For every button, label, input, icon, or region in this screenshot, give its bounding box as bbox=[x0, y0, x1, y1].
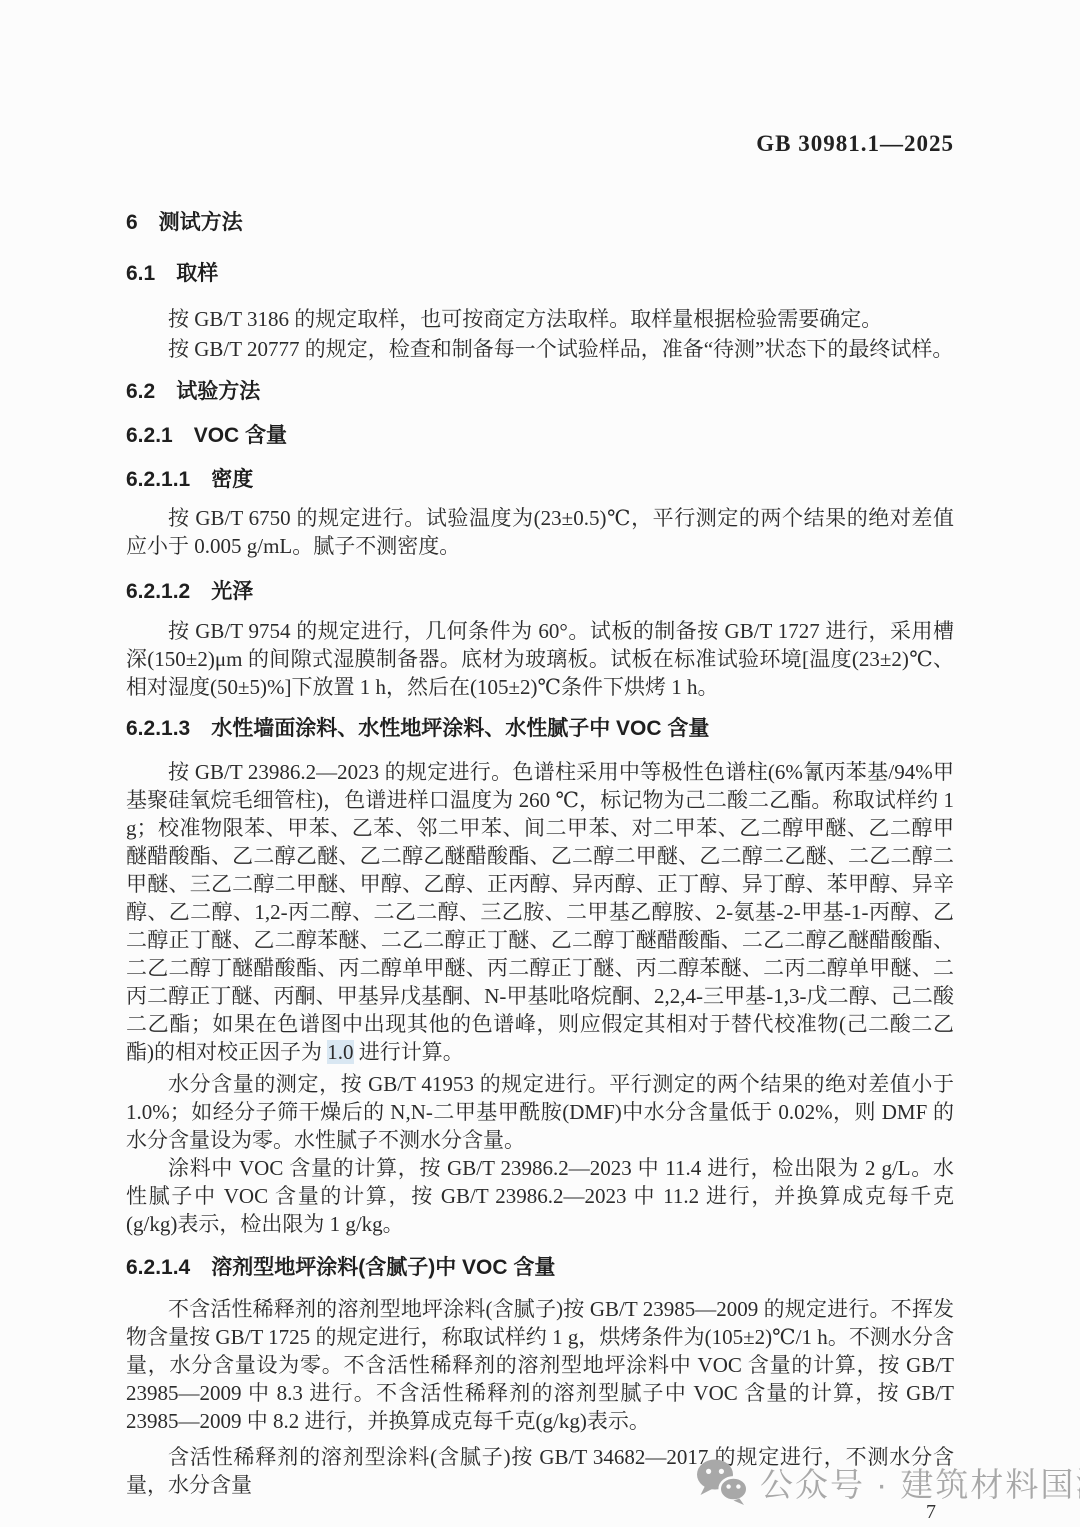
standard-code: GB 30981.1—2025 bbox=[126, 0, 954, 157]
heading-6-2-test-method: 6.2 试验方法 bbox=[126, 378, 954, 406]
para-voc-calculation: 涂料中 VOC 含量的计算，按 GB/T 23986.2—2023 中 11.4… bbox=[126, 1154, 954, 1238]
heading-6-test-methods: 6 测试方法 bbox=[126, 209, 954, 237]
para-density: 按 GB/T 6750 的规定进行。试验温度为(23±0.5)℃，平行测定的两个… bbox=[126, 504, 954, 560]
para-waterborne-voc-tail: 进行计算。 bbox=[354, 1040, 464, 1064]
document-page: GB 30981.1—2025 6 测试方法 6.1 取样 按 GB/T 318… bbox=[0, 0, 1080, 1527]
heading-6-2-1-3-waterborne-voc: 6.2.1.3 水性墙面涂料、水性地坪涂料、水性腻子中 VOC 含量 bbox=[126, 715, 954, 743]
para-sampling-1: 按 GB/T 3186 的规定取样，也可按商定方法取样。取样量根据检验需要确定。 bbox=[126, 304, 954, 334]
highlighted-correction-factor: 1.0 bbox=[327, 1040, 353, 1064]
heading-6-2-1-2-gloss: 6.2.1.2 光泽 bbox=[126, 578, 954, 606]
para-gloss: 按 GB/T 9754 的规定进行，几何条件为 60°。试板的制备按 GB/T … bbox=[126, 617, 954, 701]
para-solvent-voc-method: 不含活性稀释剂的溶剂型地坪涂料(含腻子)按 GB/T 23985—2009 的规… bbox=[126, 1295, 954, 1435]
para-waterborne-voc-method: 按 GB/T 23986.2—2023 的规定进行。色谱柱采用中等极性色谱柱(6… bbox=[126, 758, 954, 1066]
para-sampling-2: 按 GB/T 20777 的规定，检查和制备每一个试验样品，准备“待测”状态下的… bbox=[126, 334, 954, 364]
heading-6-2-1-voc-content: 6.2.1 VOC 含量 bbox=[126, 422, 954, 450]
para-water-content: 水分含量的测定，按 GB/T 41953 的规定进行。平行测定的两个结果的绝对差… bbox=[126, 1070, 954, 1154]
heading-6-2-1-1-density: 6.2.1.1 密度 bbox=[126, 466, 954, 494]
heading-6-1-sampling: 6.1 取样 bbox=[126, 260, 954, 288]
watermark-text: 公众号 · 建筑材料国测 bbox=[760, 1459, 1080, 1506]
wechat-icon bbox=[696, 1458, 748, 1506]
heading-6-2-1-4-solvent-voc: 6.2.1.4 溶剂型地坪涂料(含腻子)中 VOC 含量 bbox=[126, 1254, 954, 1282]
para-waterborne-voc-text: 按 GB/T 23986.2—2023 的规定进行。色谱柱采用中等极性色谱柱(6… bbox=[126, 760, 954, 1064]
watermark-footer: 公众号 · 建筑材料国测 bbox=[696, 1458, 1080, 1506]
